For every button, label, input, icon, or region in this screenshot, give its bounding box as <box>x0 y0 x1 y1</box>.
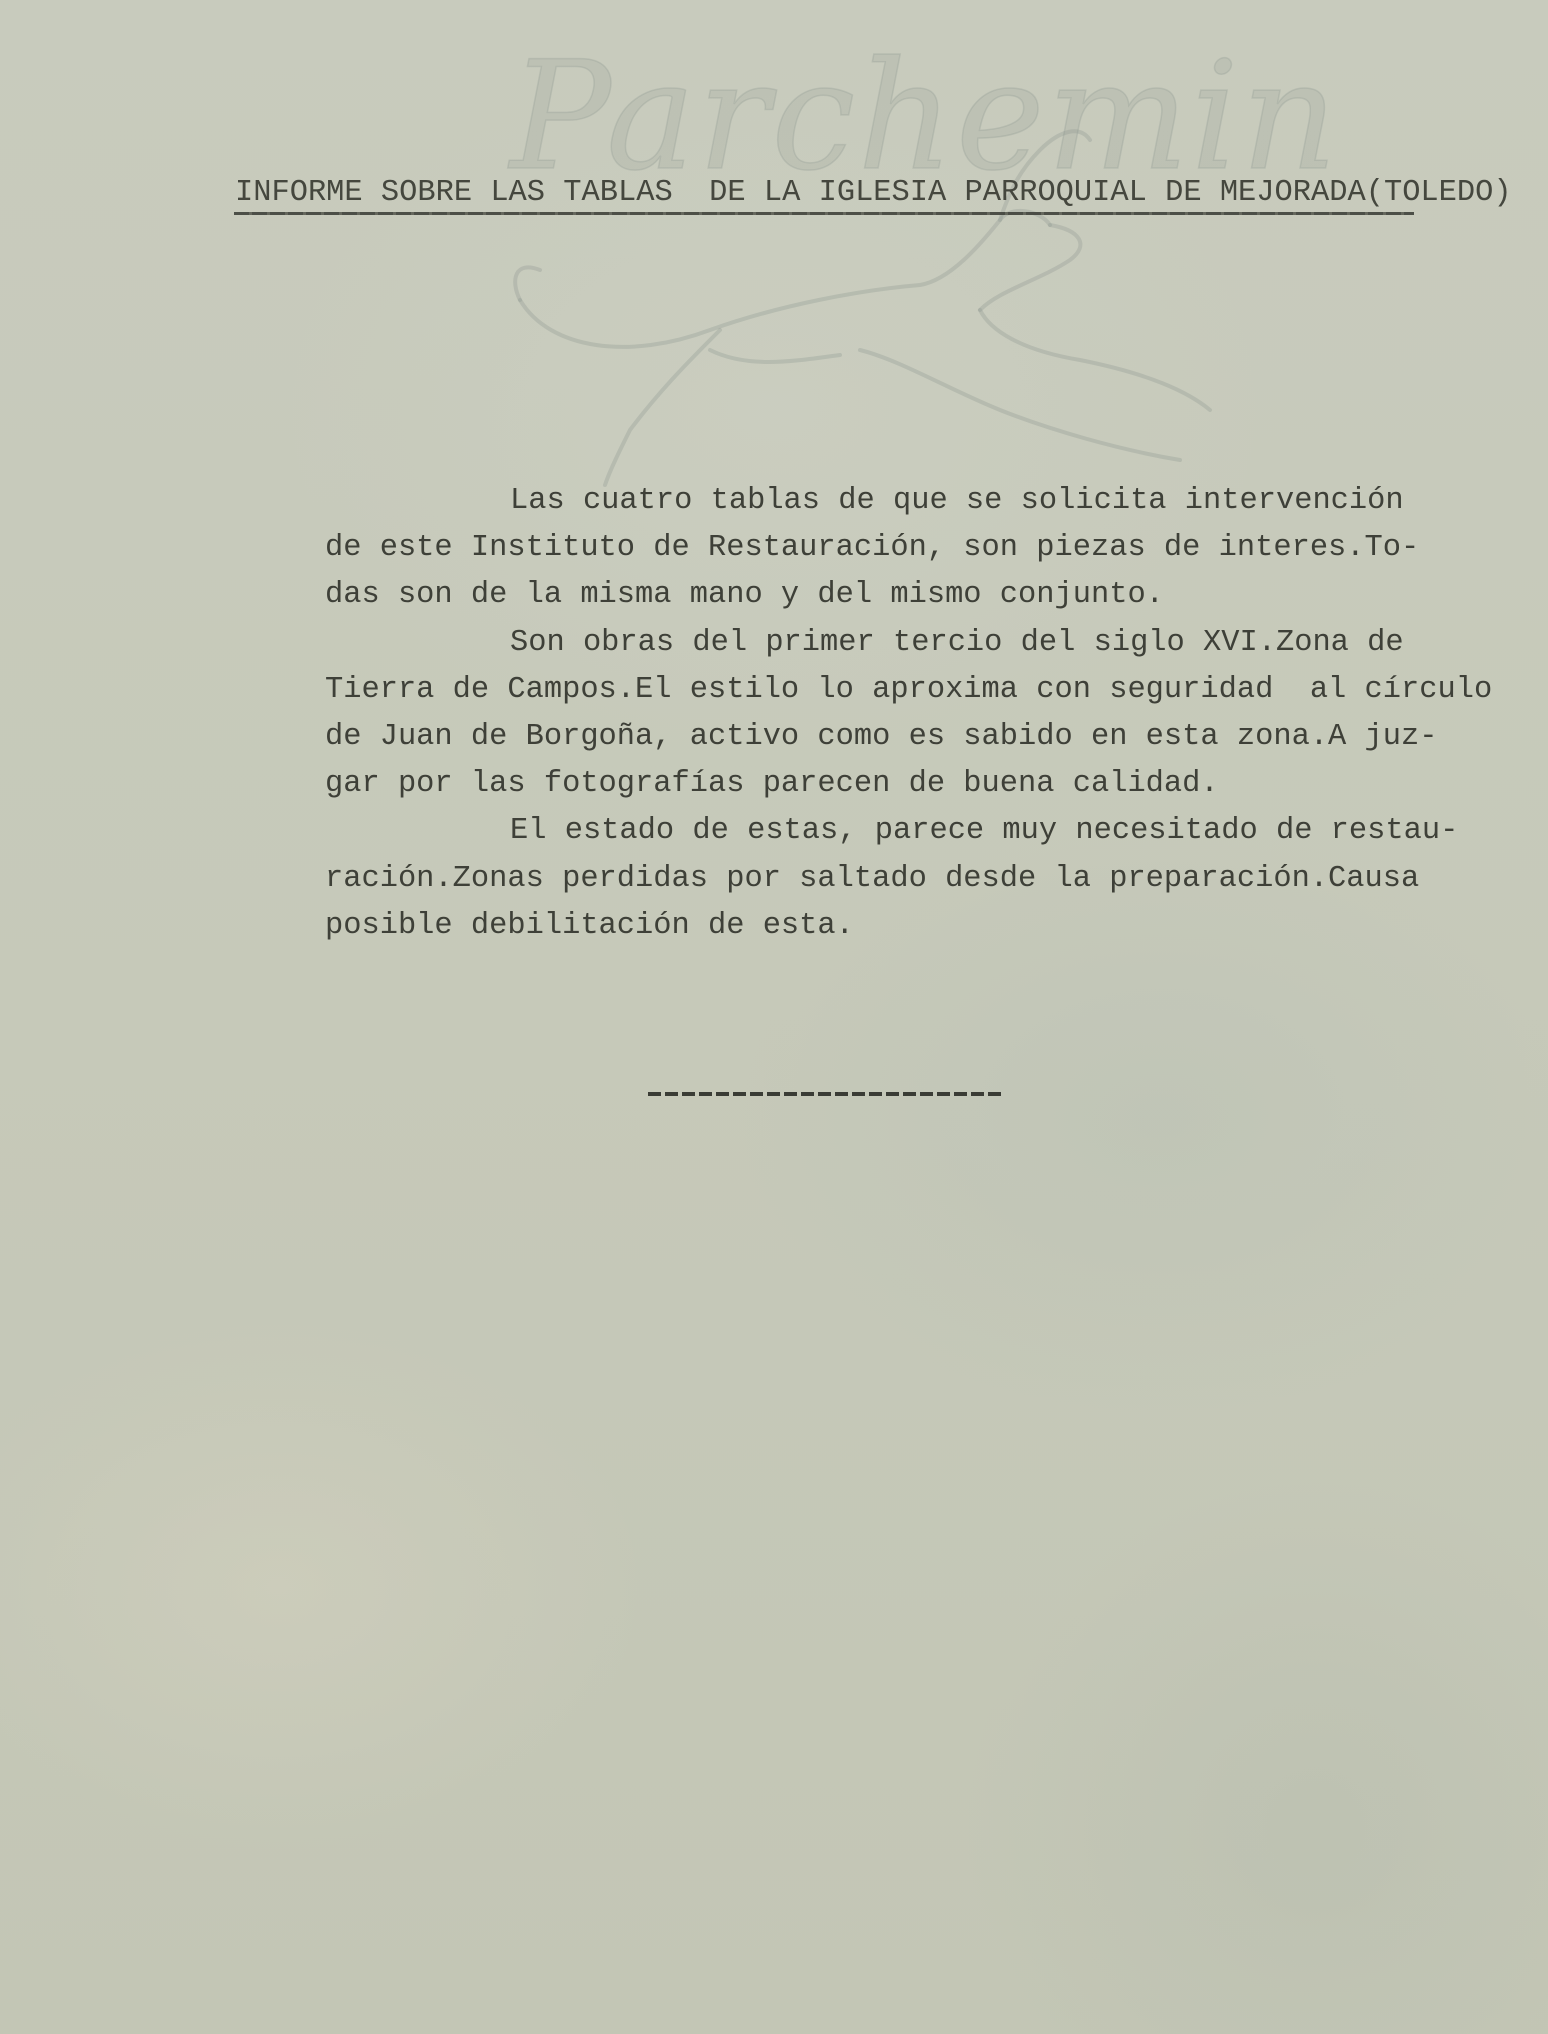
text-line: de Juan de Borgoña, activo como es sabid… <box>325 714 1465 761</box>
paragraph-2: Son obras del primer tercio del siglo XV… <box>325 620 1465 809</box>
title-underline <box>234 212 1414 215</box>
text-line: Las cuatro tablas de que se solicita int… <box>325 478 1465 525</box>
text-line: Tierra de Campos.El estilo lo aproxima c… <box>325 667 1465 714</box>
document-body: Las cuatro tablas de que se solicita int… <box>325 478 1465 950</box>
paragraph-1: Las cuatro tablas de que se solicita int… <box>325 478 1465 620</box>
end-of-text-dash-rule <box>648 1092 1002 1096</box>
greyhound-watermark-icon <box>480 30 1240 490</box>
document-title: INFORME SOBRE LAS TABLAS DE LA IGLESIA P… <box>235 176 1512 210</box>
text-line: gar por las fotografías parecen de buena… <box>325 761 1465 808</box>
text-line: de este Instituto de Restauración, son p… <box>325 525 1465 572</box>
text-line: Son obras del primer tercio del siglo XV… <box>325 620 1465 667</box>
text-line: El estado de estas, parece muy necesitad… <box>325 808 1465 855</box>
paragraph-3: El estado de estas, parece muy necesitad… <box>325 808 1465 950</box>
text-line: ración.Zonas perdidas por saltado desde … <box>325 856 1465 903</box>
parchemin-watermark: Parchemin <box>480 30 1240 490</box>
text-line: posible debilitación de esta. <box>325 903 1465 950</box>
text-line: das son de la misma mano y del mismo con… <box>325 572 1465 619</box>
